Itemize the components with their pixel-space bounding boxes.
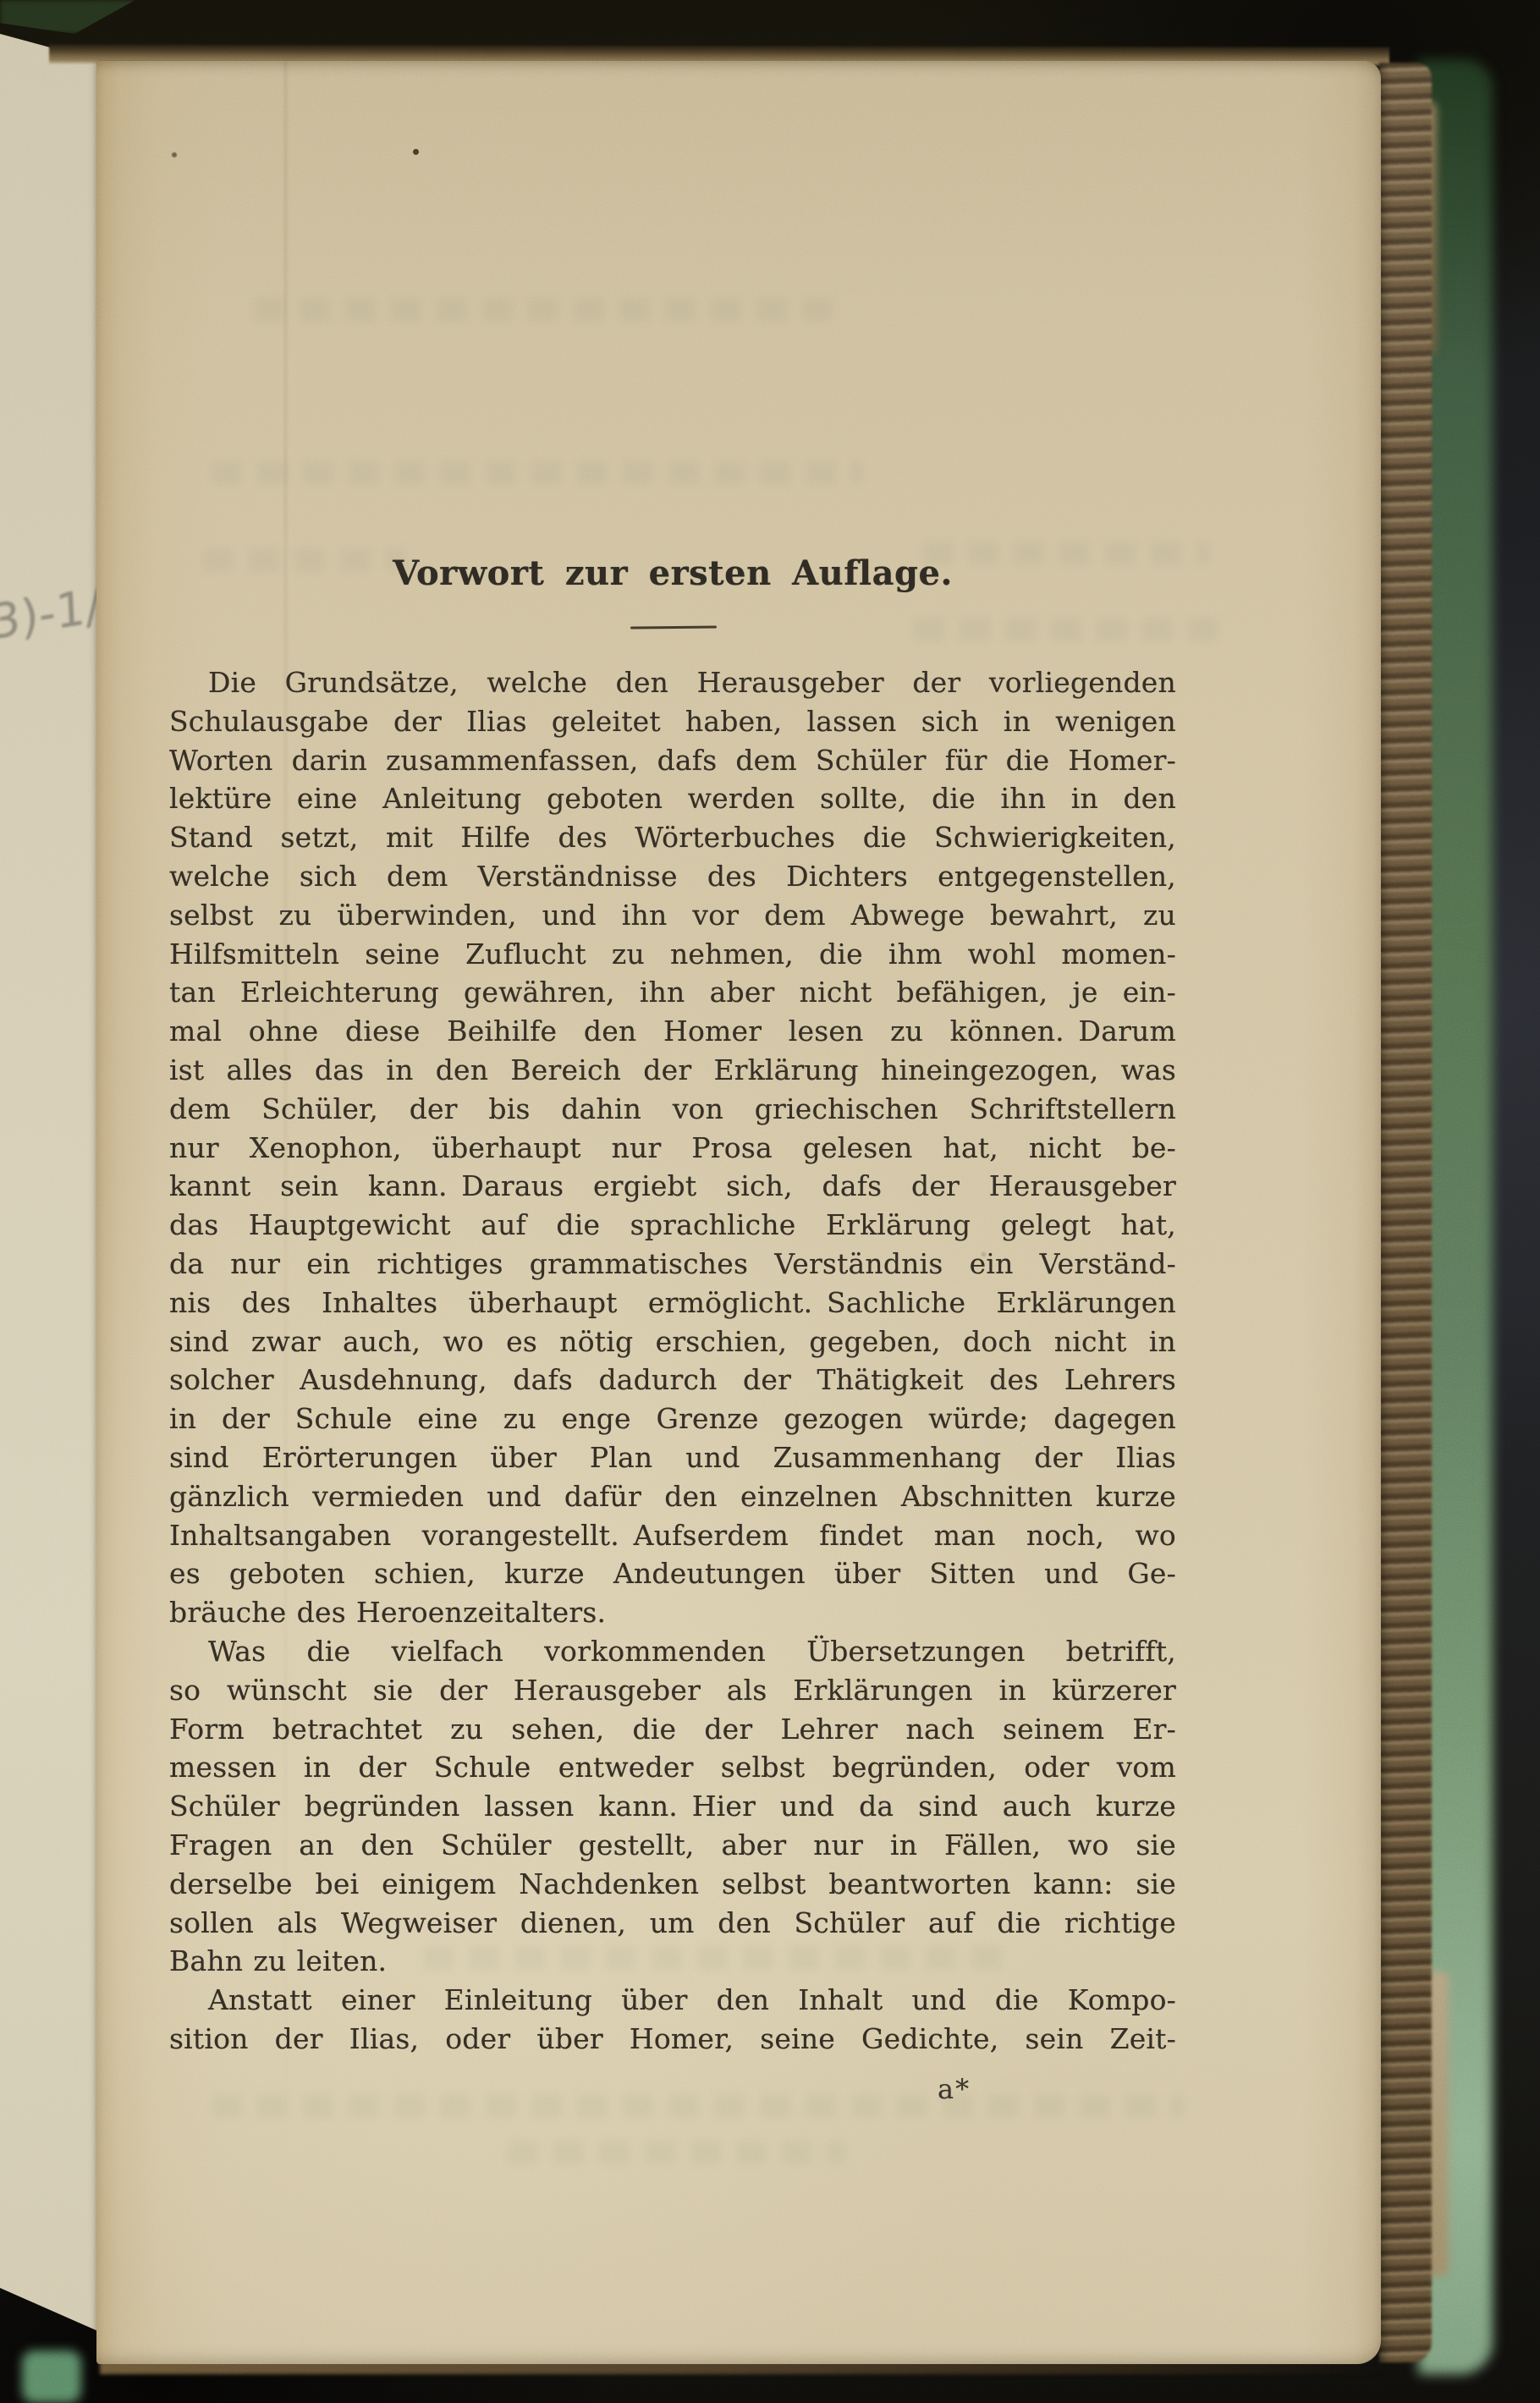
- signature-mark: a*: [938, 2073, 971, 2105]
- text-line: so wünscht sie der Herausgeber als Erklä…: [169, 1671, 1176, 1710]
- text-line: das Hauptgewicht auf die sprachliche Erk…: [169, 1206, 1176, 1245]
- text-line: Schulausgabe der Ilias geleitet haben, l…: [169, 702, 1176, 741]
- book-cover-bottom-left-corner: [22, 2351, 81, 2403]
- paragraph: Anstatt einer Einleitung über den Inhalt…: [169, 1981, 1176, 2059]
- text-line: Hilfsmitteln seine Zuflucht zu nehmen, d…: [169, 935, 1176, 974]
- bleedthrough-text-ghost: [212, 2094, 1185, 2118]
- bleedthrough-text-ghost: [914, 618, 1218, 641]
- text-line: es geboten schien, kurze Andeutungen übe…: [169, 1554, 1176, 1593]
- text-line: welche sich dem Verständnisse des Dichte…: [169, 857, 1176, 896]
- bleedthrough-text-ghost: [212, 461, 863, 485]
- paper-speck: [413, 149, 419, 155]
- text-line: kannt sein kann. Daraus ergiebt sich, da…: [169, 1167, 1176, 1206]
- text-line: nis des Inhaltes überhaupt ermöglicht. S…: [169, 1284, 1176, 1322]
- text-line: tan Erleichterung gewähren, ihn aber nic…: [169, 973, 1176, 1012]
- text-line: sind zwar auch, wo es nötig erschien, ge…: [169, 1322, 1176, 1361]
- text-line: bräuche des Heroenzeitalters.: [169, 1593, 1176, 1632]
- text-line: sind Erörterungen über Plan und Zusammen…: [169, 1438, 1176, 1477]
- text-line: Bahn zu leiten.: [169, 1942, 1176, 1981]
- text-line: Form betrachtet zu sehen, die der Lehrer…: [169, 1710, 1176, 1749]
- text-line: da nur ein richtiges grammatisches Verst…: [169, 1245, 1176, 1284]
- text-line: mal ohne diese Beihilfe den Homer lesen …: [169, 1012, 1176, 1051]
- body-text: Die Grundsätze, welche den Herausgeber d…: [169, 663, 1176, 2059]
- paragraph: Die Grundsätze, welche den Herausgeber d…: [169, 663, 1176, 1632]
- text-line: gänzlich vermieden und dafür den einzeln…: [169, 1477, 1176, 1516]
- text-line: ist alles das in den Bereich der Erkläru…: [169, 1051, 1176, 1090]
- title-divider-rule: [630, 625, 717, 629]
- text-line: selbst zu überwinden, und ihn vor dem Ab…: [169, 896, 1176, 935]
- book-cover-top-left-corner: [0, 0, 135, 34]
- bleedthrough-text-ghost: [254, 298, 846, 322]
- book-page: Vorwort zur ersten Auflage. Die Grundsät…: [96, 61, 1381, 2364]
- text-line: sollen als Wegweiser dienen, um den Schü…: [169, 1904, 1176, 1943]
- text-line: derselbe bei einigem Nachdenken selbst b…: [169, 1865, 1176, 1904]
- paper-speck: [172, 152, 177, 157]
- text-line: in der Schule eine zu enge Grenze gezoge…: [169, 1399, 1176, 1438]
- text-line: solcher Ausdehnung, dafs dadurch der Thä…: [169, 1361, 1176, 1399]
- page-stack-fore-edge: [1379, 63, 1432, 2362]
- text-line: Die Grundsätze, welche den Herausgeber d…: [169, 663, 1176, 702]
- paragraph: Was die vielfach vorkommenden Übersetzun…: [169, 1632, 1176, 1981]
- text-line: Inhaltsangaben vorangestellt. Aufserdem …: [169, 1516, 1176, 1555]
- bleedthrough-text-ghost: [508, 2141, 846, 2164]
- text-line: Anstatt einer Einleitung über den Inhalt…: [169, 1981, 1176, 2020]
- text-line: messen in der Schule entweder selbst beg…: [169, 1748, 1176, 1787]
- previous-page-edge: [0, 0, 100, 2369]
- text-line: Stand setzt, mit Hilfe des Wörterbuches …: [169, 818, 1176, 857]
- text-line: Schüler begründen lassen kann. Hier und …: [169, 1787, 1176, 1826]
- text-line: Was die vielfach vorkommenden Übersetzun…: [169, 1632, 1176, 1671]
- book-scan-photo: 3)-1/3 Vorwort zur ersten Auflage. Die G…: [0, 0, 1540, 2403]
- chapter-title: Vorwort zur ersten Auflage.: [169, 553, 1176, 594]
- text-line: sition der Ilias, oder über Homer, seine…: [169, 2020, 1176, 2059]
- text-line: dem Schüler, der bis dahin von griechisc…: [169, 1090, 1176, 1129]
- text-line: Worten darin zusammenfassen, dafs dem Sc…: [169, 741, 1176, 780]
- text-line: nur Xenophon, überhaupt nur Prosa gelese…: [169, 1129, 1176, 1168]
- text-line: Fragen an den Schüler gestellt, aber nur…: [169, 1826, 1176, 1865]
- text-line: lektüre eine Anleitung geboten werden so…: [169, 779, 1176, 818]
